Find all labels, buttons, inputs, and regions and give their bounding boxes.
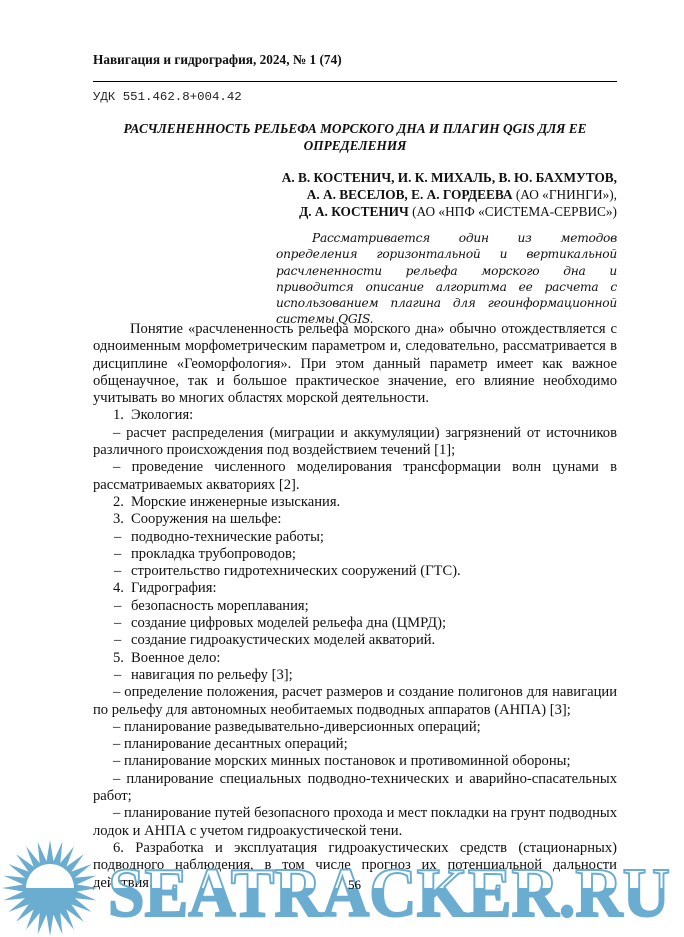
sun-icon xyxy=(2,840,98,936)
author-names: А. В. КОСТЕНИЧ, И. К. МИХАЛЬ, В. Ю. БАХМ… xyxy=(282,170,617,185)
running-head: Навигация и гидрография, 2024, № 1 (74) xyxy=(93,52,342,68)
author-line: А. В. КОСТЕНИЧ, И. К. МИХАЛЬ, В. Ю. БАХМ… xyxy=(93,169,617,186)
dash-item: – планирование разведывательно-диверсион… xyxy=(93,719,617,736)
abstract-text: Рассматривается один из методов определе… xyxy=(276,231,617,326)
list-marker: – xyxy=(113,805,120,821)
list-text: Военное дело: xyxy=(131,650,220,666)
dash-item: – расчет распределения (миграции и аккум… xyxy=(93,425,617,460)
list-text: проведение численного моделирования тран… xyxy=(93,459,617,492)
application-list: 1.Экология:– расчет распределения (мигра… xyxy=(93,407,617,891)
list-marker: – xyxy=(114,632,121,649)
list-text: планирование специальных подводно-технич… xyxy=(93,771,617,804)
list-text: навигация по рельефу [3]; xyxy=(131,667,293,683)
dash-item: –создание цифровых моделей рельефа дна (… xyxy=(93,615,617,632)
list-text: прокладка трубопроводов; xyxy=(131,546,296,562)
list-marker: 1. xyxy=(113,407,124,424)
author-line: А. А. ВЕСЕЛОВ, Е. А. ГОРДЕЕВА (АО «ГНИНГ… xyxy=(93,186,617,203)
list-marker: – xyxy=(113,459,120,475)
list-marker: – xyxy=(114,615,121,632)
numbered-item: 2.Морские инженерные изыскания. xyxy=(93,494,617,511)
list-marker: – xyxy=(113,771,120,787)
list-text: Морские инженерные изыскания. xyxy=(131,494,340,510)
list-text: расчет распределения (миграции и аккумул… xyxy=(93,425,617,458)
list-marker: 3. xyxy=(113,511,124,528)
author-affiliation: (АО «НПФ «СИСТЕМА-СЕРВИС») xyxy=(409,204,617,219)
article-body: Понятие «расчлененность рельефа морского… xyxy=(93,321,617,892)
list-marker: 2. xyxy=(113,494,124,511)
list-text: Сооружения на шельфе: xyxy=(131,511,281,527)
list-marker: – xyxy=(113,425,120,441)
intro-paragraph: Понятие «расчлененность рельефа морского… xyxy=(93,321,617,407)
numbered-item: 1.Экология: xyxy=(93,407,617,424)
dash-item: –строительство гидротехнических сооружен… xyxy=(93,563,617,580)
seatracker-watermark: SEATRACKER.RU SEATRACKER.RU xyxy=(0,838,684,937)
dash-item: – планирование десантных операций; xyxy=(93,736,617,753)
numbered-item: 5.Военное дело: xyxy=(93,650,617,667)
article-title: РАСЧЛЕНЕННОСТЬ РЕЛЬЕФА МОРСКОГО ДНА И ПЛ… xyxy=(93,120,617,154)
dash-item: –прокладка трубопроводов; xyxy=(93,546,617,563)
numbered-item: 3.Сооружения на шельфе: xyxy=(93,511,617,528)
list-text: определение положения, расчет размеров и… xyxy=(93,684,617,717)
list-marker: – xyxy=(114,529,121,546)
list-text: Экология: xyxy=(131,407,193,423)
list-text: создание гидроакустических моделей акват… xyxy=(131,632,435,648)
page-number: 56 xyxy=(348,877,361,893)
list-text: безопасность мореплавания; xyxy=(131,598,309,614)
dash-item: –навигация по рельефу [3]; xyxy=(93,667,617,684)
numbered-item: 4.Гидрография: xyxy=(93,580,617,597)
author-affiliation: (АО «ГНИНГИ»), xyxy=(513,187,617,202)
list-marker: – xyxy=(114,546,121,563)
list-text: создание цифровых моделей рельефа дна (Ц… xyxy=(131,615,446,631)
header-rule xyxy=(93,81,617,82)
list-marker: 5. xyxy=(113,650,124,667)
list-marker: – xyxy=(114,667,121,684)
list-marker: – xyxy=(113,736,120,752)
author-line: Д. А. КОСТЕНИЧ (АО «НПФ «СИСТЕМА-СЕРВИС»… xyxy=(93,203,617,220)
abstract: Рассматривается один из методов определе… xyxy=(276,230,617,328)
list-marker: – xyxy=(114,598,121,615)
list-text: Гидрография: xyxy=(131,580,217,596)
dash-item: –подводно-технические работы; xyxy=(93,529,617,546)
list-text: планирование морских минных постановок и… xyxy=(124,753,571,769)
dash-item: – определение положения, расчет размеров… xyxy=(93,684,617,719)
list-marker: – xyxy=(113,719,120,735)
author-names: Д. А. КОСТЕНИЧ xyxy=(299,204,409,219)
list-text: подводно-технические работы; xyxy=(131,529,324,545)
list-marker: – xyxy=(114,563,121,580)
list-text: планирование разведывательно-диверсионны… xyxy=(124,719,481,735)
list-text: планирование путей безопасного прохода и… xyxy=(93,805,617,838)
list-marker: – xyxy=(113,684,120,700)
list-marker: 4. xyxy=(113,580,124,597)
dash-item: –безопасность мореплавания; xyxy=(93,598,617,615)
dash-item: – планирование путей безопасного прохода… xyxy=(93,805,617,840)
list-text: планирование десантных операций; xyxy=(124,736,348,752)
list-text: строительство гидротехнических сооружени… xyxy=(131,563,461,579)
author-list: А. В. КОСТЕНИЧ, И. К. МИХАЛЬ, В. Ю. БАХМ… xyxy=(93,169,617,220)
author-names: А. А. ВЕСЕЛОВ, Е. А. ГОРДЕЕВА xyxy=(307,187,513,202)
dash-item: –создание гидроакустических моделей аква… xyxy=(93,632,617,649)
list-marker: – xyxy=(113,753,120,769)
dash-item: – планирование специальных подводно-техн… xyxy=(93,771,617,806)
dash-item: – планирование морских минных постановок… xyxy=(93,753,617,770)
udk-code: УДК 551.462.8+004.42 xyxy=(93,90,242,104)
dash-item: – проведение численного моделирования тр… xyxy=(93,459,617,494)
